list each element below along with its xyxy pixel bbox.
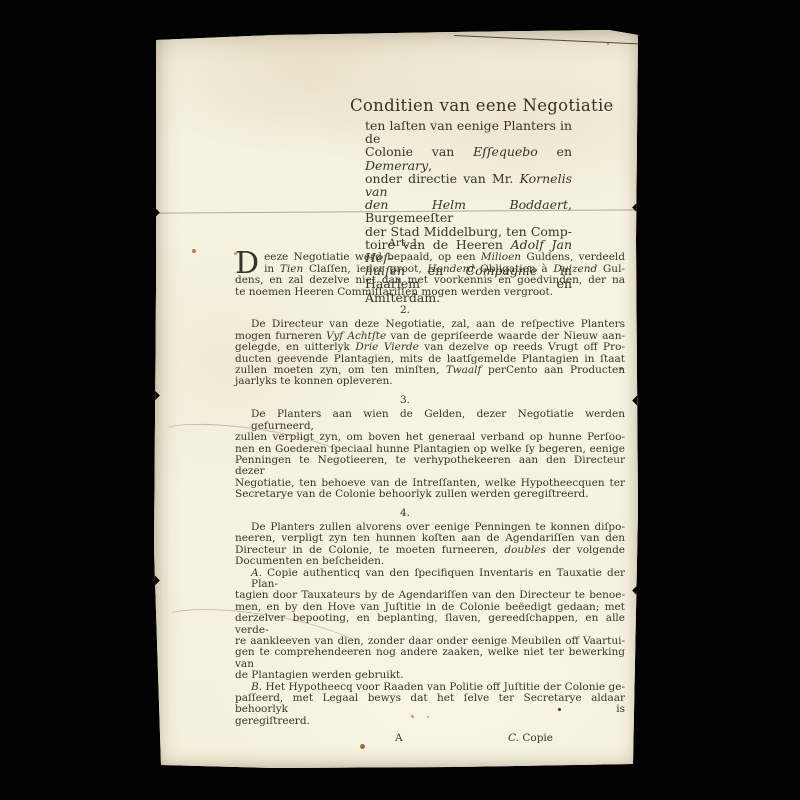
text-segment: dens, en zal dezelve niet dan met voorke… bbox=[235, 274, 625, 286]
text-segment: der volgende bbox=[546, 544, 625, 556]
text-line: ten laſten van eenige Planters in de bbox=[365, 119, 572, 145]
text-segment: neeren, verpligt zyn ten hunnen koſten a… bbox=[235, 532, 625, 544]
text-segment: A. bbox=[251, 567, 262, 579]
text-segment: gen te comprehendeeren nog andere zaaken… bbox=[235, 646, 625, 669]
text-segment: Gul- bbox=[597, 263, 625, 275]
text-segment: Drie Vierde bbox=[355, 341, 418, 353]
text-segment: De Planters zullen alvorens over eenige … bbox=[251, 521, 625, 533]
article-label: 3. bbox=[235, 395, 625, 406]
text-segment: Obligatien à bbox=[474, 263, 553, 275]
article-label: 2. bbox=[235, 305, 625, 316]
text-segment: ducten geevende Plantagien, mits de laat… bbox=[235, 353, 625, 365]
text-line: gen te comprehendeeren nog andere zaaken… bbox=[235, 647, 625, 670]
text-segment: ten laſten van eenige Planters in de bbox=[365, 118, 572, 146]
text-segment: jaarlyks te konnen opleveren. bbox=[235, 375, 393, 387]
text-segment: eeze Negotiatie werd bepaald, op een bbox=[264, 251, 481, 263]
text-segment: B. bbox=[251, 681, 262, 693]
left-edge-notch bbox=[147, 389, 160, 402]
paragraph: A. Copie authenticq van den ſpecifiquen … bbox=[235, 568, 625, 682]
left-edge-notch bbox=[147, 574, 160, 587]
text-segment: gelegde, en uitterlyk bbox=[235, 341, 355, 353]
right-edge-notch bbox=[632, 394, 645, 407]
text-segment: re aankleeven van dien, zonder daar onde… bbox=[235, 635, 625, 647]
text-segment: Copie bbox=[519, 732, 553, 744]
text-segment: paſſeerd, met Legaal bewys dat het ſelve… bbox=[235, 692, 625, 715]
text-segment: Penningen te Negotieeren, te verhypothek… bbox=[235, 454, 625, 477]
text-segment: Honderd bbox=[427, 263, 474, 275]
paragraph: De Directeur van deze Negotiatie, zal, a… bbox=[235, 319, 625, 387]
article-label: 4. bbox=[235, 508, 625, 519]
text-segment: Claſſen, ieder groot, bbox=[303, 263, 427, 275]
text-segment: Documenten en beſcheiden. bbox=[235, 555, 384, 567]
text-line: derzelver bepooting, en beplanting, ſlav… bbox=[235, 613, 625, 636]
text-segment: Het Hypotheecq voor Raaden van Politie o… bbox=[262, 681, 625, 693]
signature-mark: A bbox=[395, 733, 403, 744]
text-segment: en bbox=[538, 144, 572, 159]
text-segment: Vyf Achtſte bbox=[326, 330, 386, 342]
text-line: te noemen Heeren Commiſſariſſen mogen we… bbox=[235, 287, 625, 298]
text-line: Secretarye van de Colonie behoorlyk zull… bbox=[235, 489, 625, 500]
text-segment: in bbox=[264, 263, 280, 275]
text-line: den Helm Boddaert, Burgemeeſter bbox=[365, 198, 572, 224]
text-line: onder directie van Mr. Kornelis van bbox=[365, 172, 572, 198]
text-segment: perCento aan Producten bbox=[481, 364, 625, 376]
catchword: C. Copie bbox=[508, 733, 553, 744]
text-segment: onder directie van Mr. bbox=[365, 171, 520, 186]
text-segment: Twaalf bbox=[446, 364, 481, 376]
text-segment: Milioen bbox=[481, 251, 521, 263]
page-footer: AC. Copie bbox=[235, 733, 625, 745]
text-segment: Duizend bbox=[553, 263, 597, 275]
text-segment: geregiſtreerd. bbox=[235, 715, 310, 727]
article-label: Art. 1. bbox=[235, 238, 625, 249]
text-segment: Tien bbox=[280, 263, 303, 275]
text-line: A. Copie authenticq van den ſpecifiquen … bbox=[235, 568, 625, 591]
scan-background: Conditien van eene Negotiatie ten laſten… bbox=[0, 0, 800, 800]
text-segment: Copie authenticq van den ſpecifiquen Inv… bbox=[251, 567, 625, 590]
text-segment: Secretarye van de Colonie behoorlyk zull… bbox=[235, 488, 589, 500]
text-segment: De Planters aan wien de Gelden, dezer Ne… bbox=[251, 408, 625, 431]
text-segment: mogen furneren bbox=[235, 330, 326, 342]
text-segment: zullen moeten zyn, om ten minſten, bbox=[235, 364, 446, 376]
text-line: De Planters aan wien de Gelden, dezer Ne… bbox=[235, 409, 625, 432]
text-segment: van de gepriſeerde waarde der Nieuw aan- bbox=[386, 330, 625, 342]
text-segment: men, en by den Hove van Juſtitie in de C… bbox=[235, 601, 625, 613]
text-line: jaarlyks te konnen opleveren. bbox=[235, 376, 625, 387]
right-edge-notch bbox=[632, 584, 645, 597]
foxing-spot bbox=[192, 249, 196, 253]
text-segment: Negotiatie, ten behoeve van de Intreſſan… bbox=[235, 477, 625, 489]
text-segment: De Directeur van deze Negotiatie, zal, a… bbox=[251, 318, 625, 330]
document-paper: Conditien van eene Negotiatie ten laſten… bbox=[154, 30, 638, 768]
text-segment: tagien door Tauxateurs by de Agendariſſe… bbox=[235, 589, 625, 601]
text-segment: van dezelve op reeds Vrugt off Pro- bbox=[419, 341, 625, 353]
foxing-spot bbox=[607, 43, 609, 45]
text-segment: Directeur in de Colonie, te moeten furne… bbox=[235, 544, 504, 556]
text-segment: Eſſequebo bbox=[473, 144, 538, 159]
dropcap-initial: D bbox=[235, 253, 259, 274]
left-edge-notch bbox=[147, 206, 160, 219]
paragraph: De Planters aan wien de Gelden, dezer Ne… bbox=[235, 409, 625, 500]
text-segment: nen en Goederen ſpeciaal hunne Plantagie… bbox=[235, 443, 625, 455]
paragraph: De Planters zullen alvorens over eenige … bbox=[235, 522, 625, 568]
text-line: geregiſtreerd. bbox=[235, 716, 625, 727]
document-body: Art. 1.Deeze Negotiatie werd bepaald, op… bbox=[235, 238, 625, 745]
paragraph: Deeze Negotiatie werd bepaald, op een Mi… bbox=[235, 252, 625, 298]
paragraph: B. Het Hypotheecq voor Raaden van Politi… bbox=[235, 682, 625, 728]
text-segment: doubles bbox=[504, 544, 546, 556]
text-segment: te noemen Heeren Commiſſariſſen mogen we… bbox=[235, 286, 553, 298]
text-line: Penningen te Negotieeren, te verhypothek… bbox=[235, 455, 625, 478]
top-corner-fold-crease bbox=[454, 35, 640, 44]
text-segment: de Plantagien werden gebruikt. bbox=[235, 669, 404, 681]
text-segment: zullen verpligt zyn, om boven het genera… bbox=[235, 431, 625, 443]
right-edge-notch bbox=[632, 201, 645, 214]
text-line: Colonie van Eſſequebo en Demerary, bbox=[365, 145, 572, 171]
text-segment: derzelver bepooting, en beplanting, ſlav… bbox=[235, 612, 625, 635]
title-heading: Conditien van eene Negotiatie bbox=[350, 96, 586, 115]
text-segment: Guldens, verdeeld bbox=[521, 251, 625, 263]
text-line: paſſeerd, met Legaal bewys dat het ſelve… bbox=[235, 693, 625, 716]
text-segment: C. bbox=[508, 732, 519, 744]
